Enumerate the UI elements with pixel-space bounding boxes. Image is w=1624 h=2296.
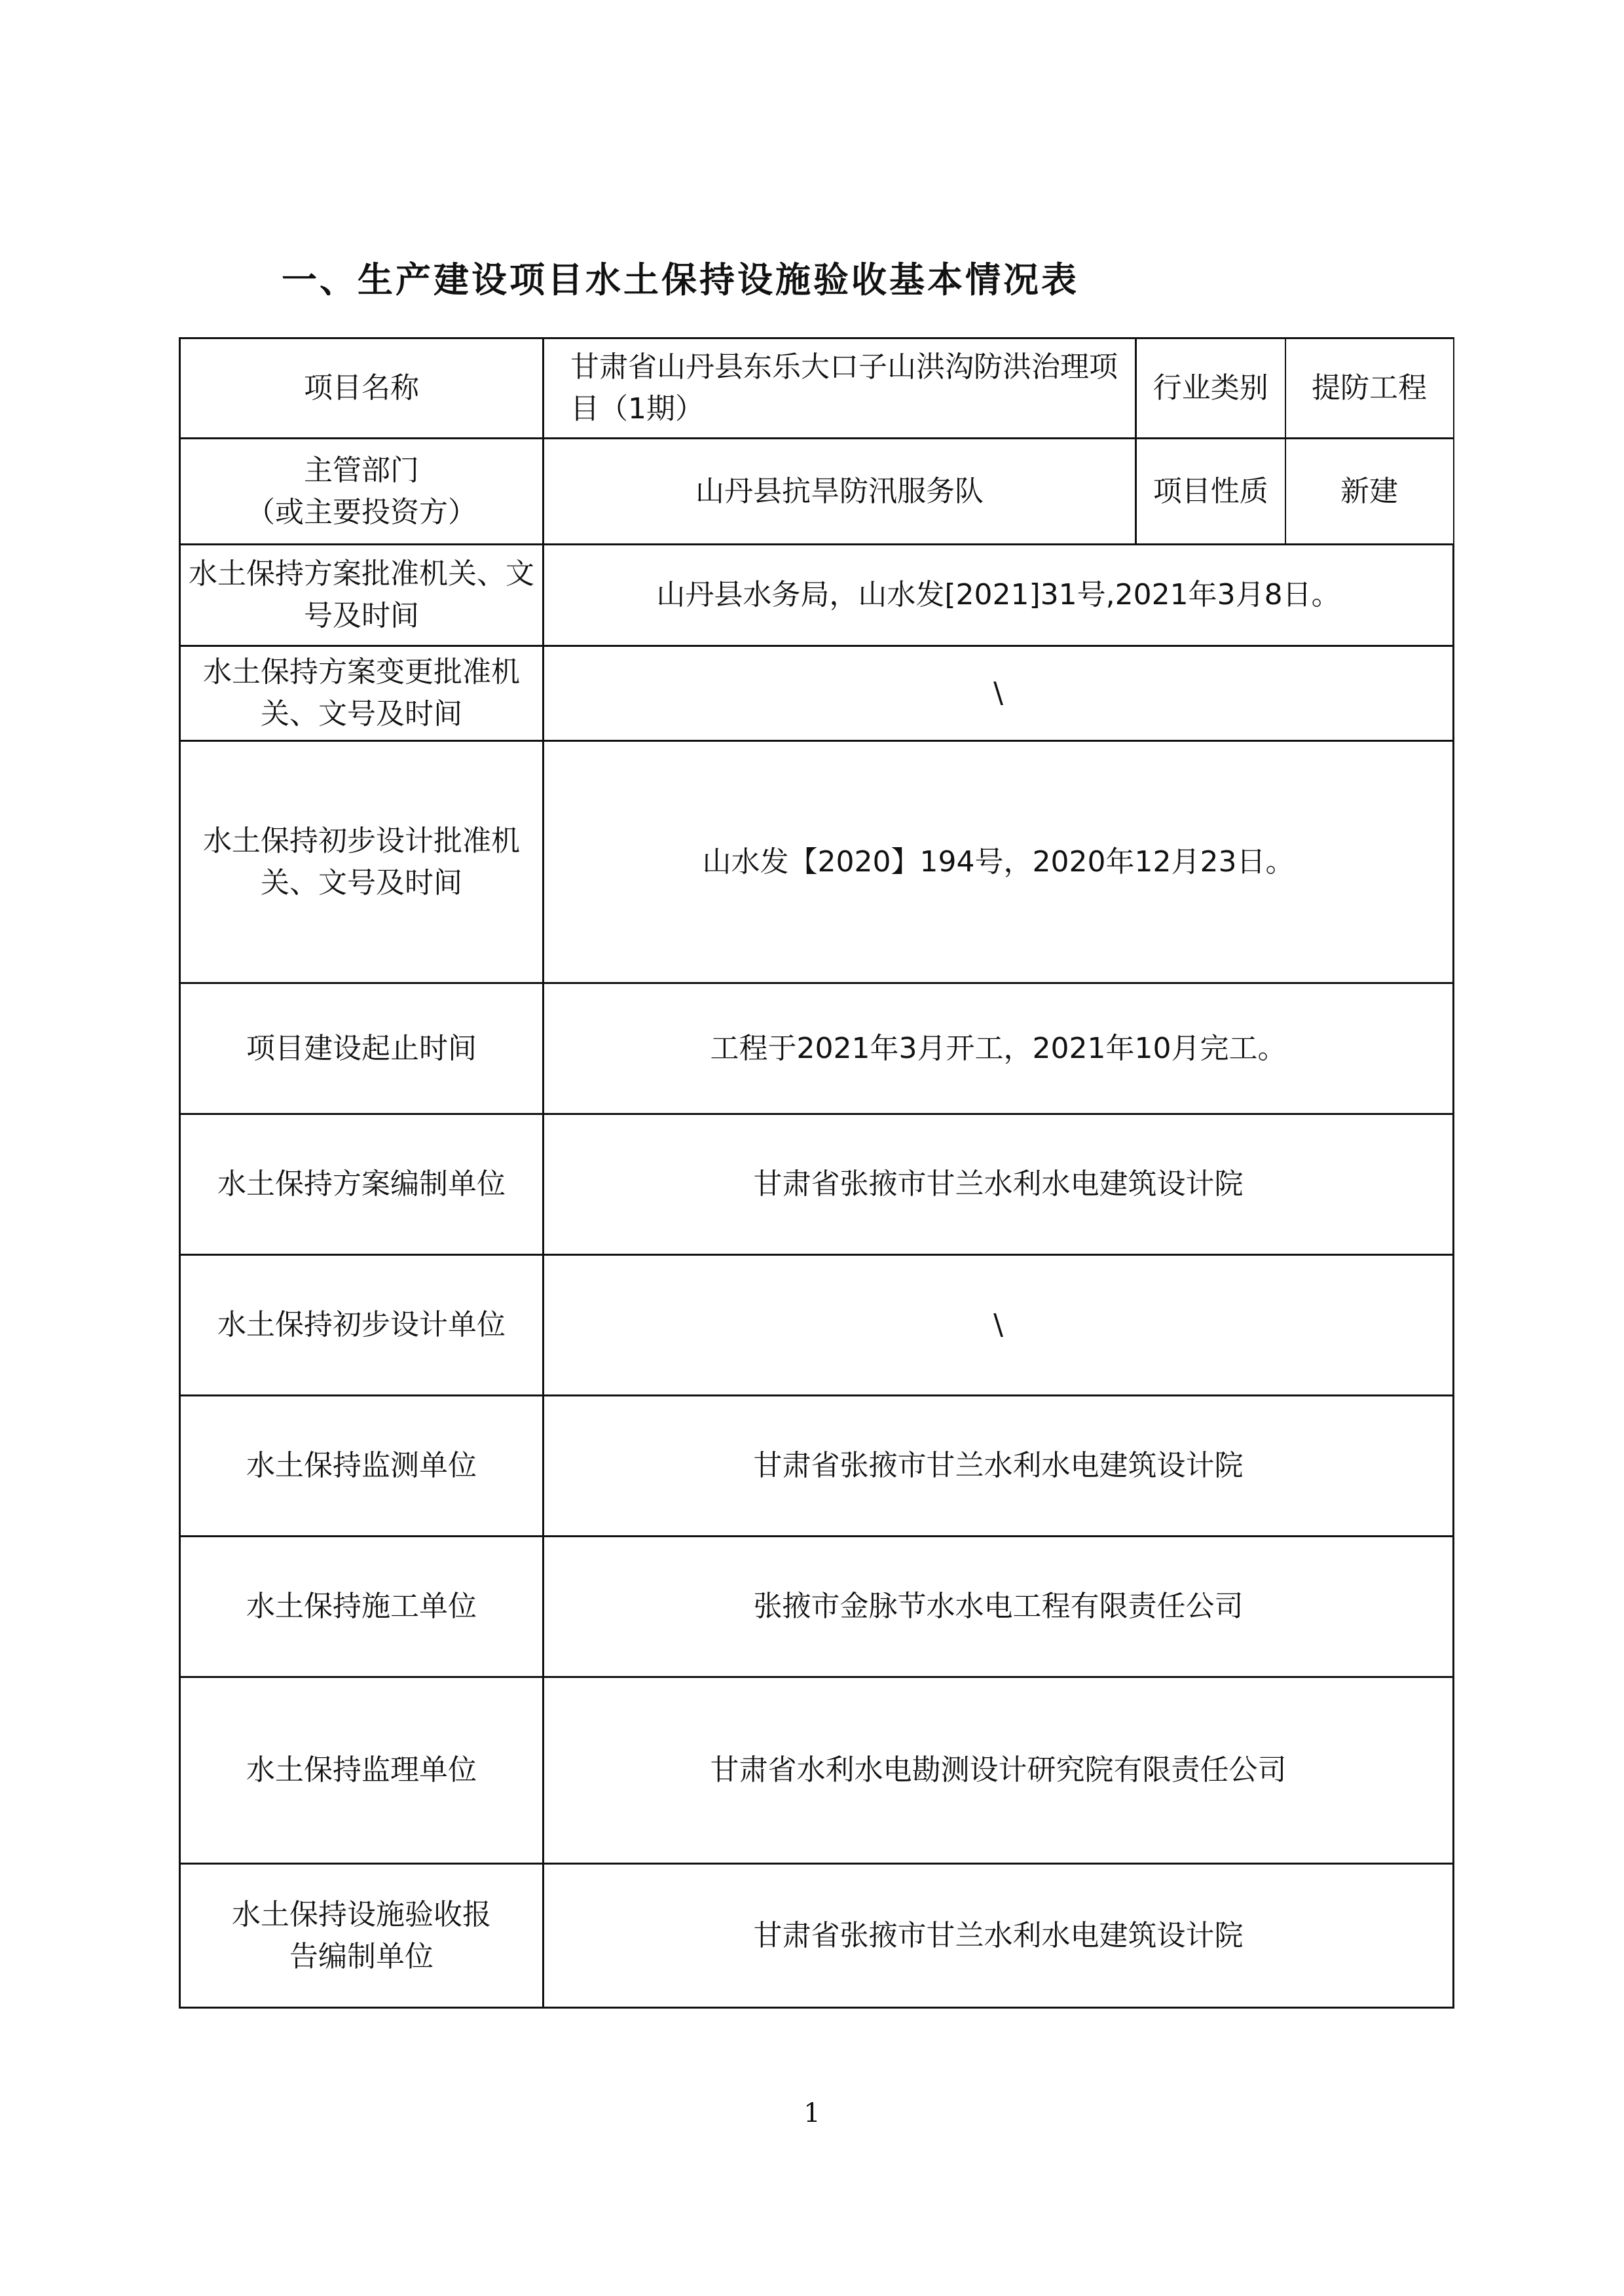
- table-row: 项目建设起止时间 工程于2021年3月开工，2021年10月完工。: [180, 983, 1454, 1114]
- table-row-department: 主管部门 （或主要投资方） 山丹县抗旱防汛服务队 项目性质 新建: [180, 439, 1454, 545]
- table-row: 水土保持初步设计单位 \: [180, 1255, 1454, 1396]
- table-row: 水土保持施工单位 张掖市金脉节水水电工程有限责任公司: [180, 1537, 1454, 1677]
- department-label-line1: 主管部门: [189, 450, 534, 492]
- table-row: 水土保持方案编制单位 甘肃省张掖市甘兰水利水电建筑设计院: [180, 1114, 1454, 1255]
- row-label: 项目建设起止时间: [180, 983, 544, 1114]
- row-label: 水土保持初步设计单位: [180, 1255, 544, 1396]
- nature-label: 项目性质: [1136, 439, 1285, 545]
- table-row: 水土保持初步设计批准机关、文号及时间 山水发【2020】194号，2020年12…: [180, 741, 1454, 983]
- row-label: 水土保持监测单位: [180, 1396, 544, 1537]
- row-value: 甘肃省张掖市甘兰水利水电建筑设计院: [544, 1864, 1454, 2008]
- row-value: 工程于2021年3月开工，2021年10月完工。: [544, 983, 1454, 1114]
- row-value: 山丹县水务局，山水发[2021]31号,2021年3月8日。: [544, 545, 1454, 646]
- row-value-empty-marker: \: [544, 646, 1454, 741]
- row-label: 水土保持设施验收报告编制单位: [180, 1864, 544, 2008]
- page-number: 1: [0, 2098, 1624, 2128]
- row-value: 张掖市金脉节水水电工程有限责任公司: [544, 1537, 1454, 1677]
- row-value: 甘肃省水利水电勘测设计研究院有限责任公司: [544, 1677, 1454, 1864]
- department-value: 山丹县抗旱防汛服务队: [544, 439, 1136, 545]
- row-label: 水土保持方案批准机关、文号及时间: [180, 545, 544, 646]
- nature-value: 新建: [1285, 439, 1454, 545]
- row-label: 水土保持方案编制单位: [180, 1114, 544, 1255]
- project-name-label: 项目名称: [180, 338, 544, 439]
- row-label: 水土保持监理单位: [180, 1677, 544, 1864]
- row-label: 水土保持初步设计批准机关、文号及时间: [180, 741, 544, 983]
- row-value: 甘肃省张掖市甘兰水利水电建筑设计院: [544, 1114, 1454, 1255]
- table-row: 水土保持方案批准机关、文号及时间 山丹县水务局，山水发[2021]31号,202…: [180, 545, 1454, 646]
- page-title: 一、生产建设项目水土保持设施验收基本情况表: [282, 252, 1079, 302]
- row-value-empty-marker: \: [544, 1255, 1454, 1396]
- basic-info-table: 项目名称 甘肃省山丹县东乐大口子山洪沟防洪治理项目（1期） 行业类别 提防工程 …: [179, 337, 1452, 2009]
- industry-label: 行业类别: [1136, 338, 1285, 439]
- row-label: 水土保持施工单位: [180, 1537, 544, 1677]
- table-row-project-name: 项目名称 甘肃省山丹县东乐大口子山洪沟防洪治理项目（1期） 行业类别 提防工程: [180, 338, 1454, 439]
- department-label-line2: （或主要投资方）: [189, 492, 534, 534]
- table-row: 水土保持方案变更批准机关、文号及时间 \: [180, 646, 1454, 741]
- industry-value: 提防工程: [1285, 338, 1454, 439]
- table-row: 水土保持设施验收报告编制单位 甘肃省张掖市甘兰水利水电建筑设计院: [180, 1864, 1454, 2008]
- row-value: 甘肃省张掖市甘兰水利水电建筑设计院: [544, 1396, 1454, 1537]
- table-row: 水土保持监测单位 甘肃省张掖市甘兰水利水电建筑设计院: [180, 1396, 1454, 1537]
- project-name-value: 甘肃省山丹县东乐大口子山洪沟防洪治理项目（1期）: [544, 338, 1136, 439]
- table-row: 水土保持监理单位 甘肃省水利水电勘测设计研究院有限责任公司: [180, 1677, 1454, 1864]
- department-label: 主管部门 （或主要投资方）: [180, 439, 544, 545]
- row-label: 水土保持方案变更批准机关、文号及时间: [180, 646, 544, 741]
- row-value: 山水发【2020】194号，2020年12月23日。: [544, 741, 1454, 983]
